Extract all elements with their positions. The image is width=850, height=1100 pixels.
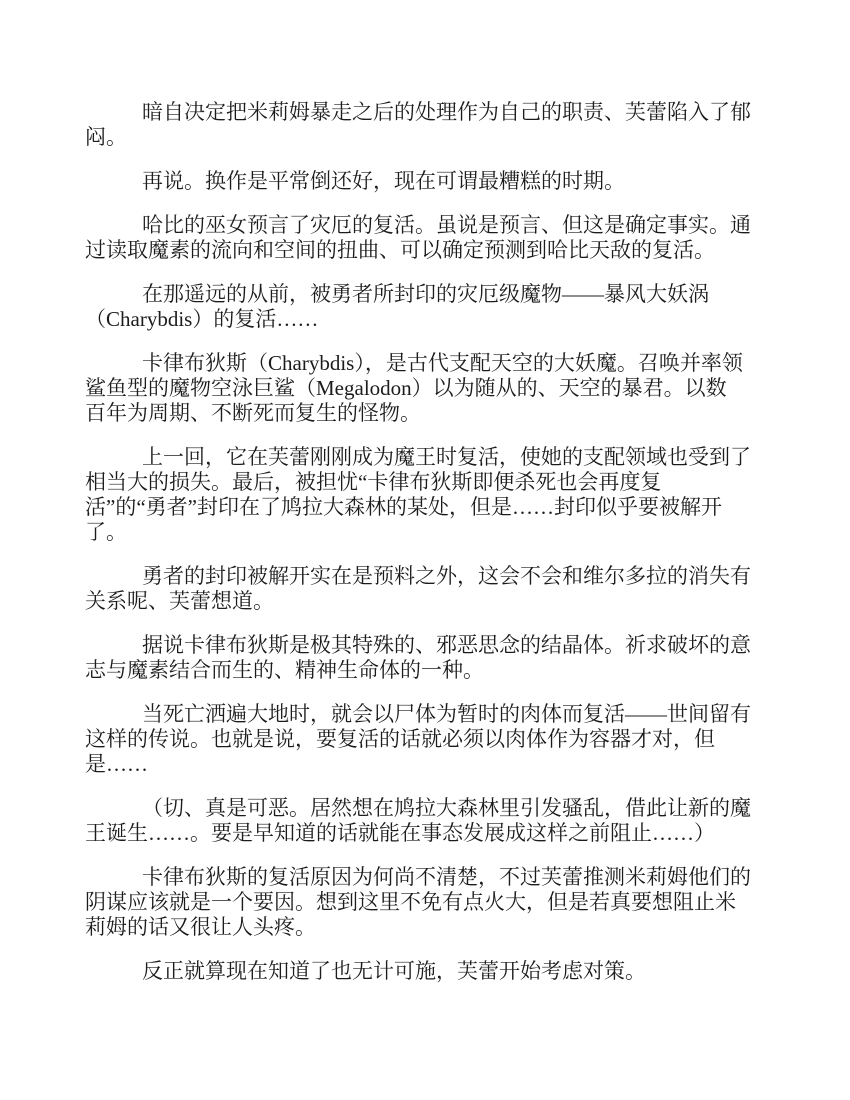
text-line: 关系呢、芙蕾想道。: [85, 589, 765, 614]
text-line: 志与魔素结合而生的、精神生命体的一种。: [85, 658, 765, 683]
paragraph: 再说。换作是平常倒还好，现在可谓最糟糕的时期。: [85, 169, 765, 194]
paragraph: 暗自决定把米莉姆暴走之后的处理作为自己的职责、芙蕾陷入了郁 闷。: [85, 100, 765, 150]
text-line: 莉姆的话又很让人头疼。: [85, 915, 765, 940]
text-line: 哈比的巫女预言了灾厄的复活。虽说是预言、但这是确定事实。通: [85, 213, 765, 238]
text-line: （切、真是可恶。居然想在鸠拉大森林里引发骚乱，借此让新的魔: [85, 796, 765, 821]
text-line: 再说。换作是平常倒还好，现在可谓最糟糕的时期。: [85, 169, 765, 194]
paragraph: 反正就算现在知道了也无计可施，芙蕾开始考虑对策。: [85, 959, 765, 984]
text-line: 相当大的损失。最后，被担忧“卡律布狄斯即便杀死也会再度复: [85, 470, 765, 495]
paragraph: 据说卡律布狄斯是极其特殊的、邪恶思念的结晶体。祈求破坏的意 志与魔素结合而生的、…: [85, 633, 765, 683]
text-line: 上一回，它在芙蕾刚刚成为魔王时复活，使她的支配领域也受到了: [85, 445, 765, 470]
paragraph: （切、真是可恶。居然想在鸠拉大森林里引发骚乱，借此让新的魔 王诞生……。要是早知…: [85, 796, 765, 846]
text-line: 在那遥远的从前，被勇者所封印的灾厄级魔物——暴风大妖涡: [85, 282, 765, 307]
paragraph: 在那遥远的从前，被勇者所封印的灾厄级魔物——暴风大妖涡 （Charybdis）的…: [85, 282, 765, 332]
text-line: 卡律布狄斯的复活原因为何尚不清楚，不过芙蕾推测米莉姆他们的: [85, 865, 765, 890]
paragraph: 当死亡洒遍大地时，就会以尸体为暂时的肉体而复活——世间留有 这样的传说。也就是说…: [85, 702, 765, 777]
text-line: 鲨鱼型的魔物空泳巨鲨（Megalodon）以为随从的、天空的暴君。以数: [85, 376, 765, 401]
text-line: 活”的“勇者”封印在了鸠拉大森林的某处，但是……封印似乎要被解开: [85, 495, 765, 520]
document-page: 暗自决定把米莉姆暴走之后的处理作为自己的职责、芙蕾陷入了郁 闷。 再说。换作是平…: [0, 0, 850, 1100]
text-line: 反正就算现在知道了也无计可施，芙蕾开始考虑对策。: [85, 959, 765, 984]
text-line: 王诞生……。要是早知道的话就能在事态发展成这样之前阻止……）: [85, 821, 765, 846]
text-line: 阴谋应该就是一个要因。想到这里不免有点火大，但是若真要想阻止米: [85, 890, 765, 915]
paragraph: 勇者的封印被解开实在是预料之外，这会不会和维尔多拉的消失有 关系呢、芙蕾想道。: [85, 564, 765, 614]
text-line: 当死亡洒遍大地时，就会以尸体为暂时的肉体而复活——世间留有: [85, 702, 765, 727]
text-line: 闷。: [85, 125, 765, 150]
text-line: 暗自决定把米莉姆暴走之后的处理作为自己的职责、芙蕾陷入了郁: [85, 100, 765, 125]
paragraph: 卡律布狄斯的复活原因为何尚不清楚，不过芙蕾推测米莉姆他们的 阴谋应该就是一个要因…: [85, 865, 765, 940]
paragraph: 哈比的巫女预言了灾厄的复活。虽说是预言、但这是确定事实。通 过读取魔素的流向和空…: [85, 213, 765, 263]
text-line: 过读取魔素的流向和空间的扭曲、可以确定预测到哈比天敌的复活。: [85, 238, 765, 263]
paragraph: 卡律布狄斯（Charybdis），是古代支配天空的大妖魔。召唤并率领 鲨鱼型的魔…: [85, 351, 765, 426]
paragraph: 上一回，它在芙蕾刚刚成为魔王时复活，使她的支配领域也受到了 相当大的损失。最后，…: [85, 445, 765, 545]
text-line: 这样的传说。也就是说，要复活的话就必须以肉体作为容器才对，但: [85, 727, 765, 752]
text-line: （Charybdis）的复活……: [85, 307, 765, 332]
text-line: 勇者的封印被解开实在是预料之外，这会不会和维尔多拉的消失有: [85, 564, 765, 589]
text-line: 卡律布狄斯（Charybdis），是古代支配天空的大妖魔。召唤并率领: [85, 351, 765, 376]
text-line: 是……: [85, 752, 765, 777]
text-line: 百年为周期、不断死而复生的怪物。: [85, 401, 765, 426]
text-line: 了。: [85, 520, 765, 545]
text-line: 据说卡律布狄斯是极其特殊的、邪恶思念的结晶体。祈求破坏的意: [85, 633, 765, 658]
